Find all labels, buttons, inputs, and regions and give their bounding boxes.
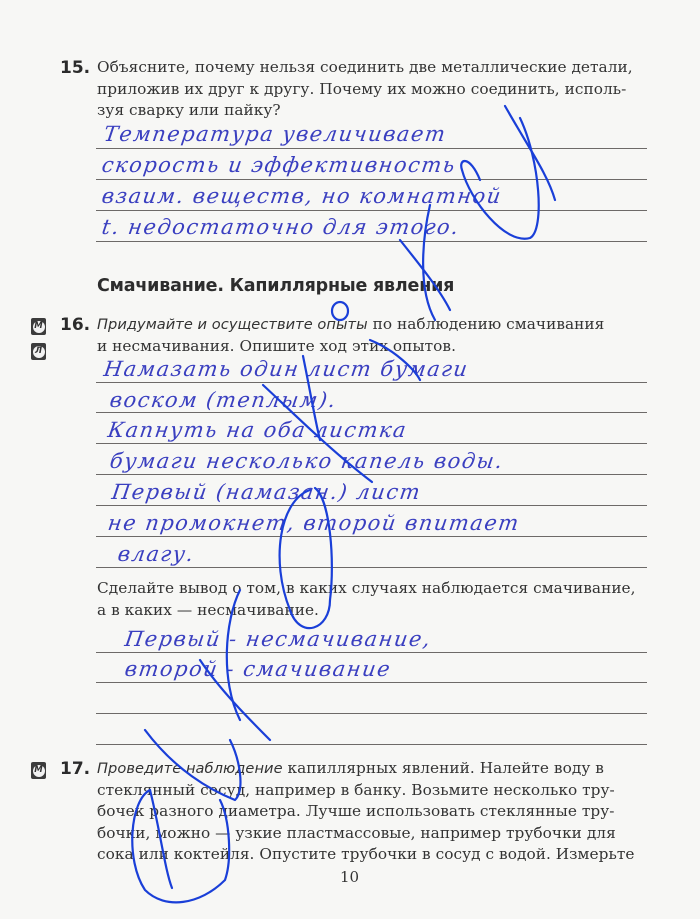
badge-m-icon: М	[31, 318, 46, 335]
answer-rule	[96, 382, 647, 383]
task-16-prompt: Придумайте и осуществите опыты по наблюд…	[97, 314, 604, 357]
badge-l-icon: Л	[31, 343, 46, 360]
task-16-answer-line: воском (теплым).	[108, 388, 338, 412]
task-15-prompt: Объясните, почему нельзя соединить две м…	[97, 57, 633, 122]
task-16-answer-line: Намазать один лист бумаги	[102, 357, 470, 381]
badge-m-icon: М	[31, 762, 46, 779]
section-heading: Смачивание. Капиллярные явления	[97, 276, 454, 296]
task-16-answer-line: Капнуть на оба листка	[106, 418, 409, 442]
task-15-answer-line: Температура увеличивает	[102, 122, 448, 146]
task-15-answer-line: t. недостаточно для этого.	[100, 215, 461, 239]
task-17-italic: Проведите наблюдение	[97, 760, 283, 777]
task-15-prompt-line: Объясните, почему нельзя соединить две м…	[97, 57, 633, 79]
answer-rule	[96, 744, 647, 745]
task-15-prompt-line: зуя сварку или пайку?	[97, 100, 633, 122]
task-15-prompt-line: приложив их друг к другу. Почему их можн…	[97, 79, 633, 101]
answer-rule	[96, 713, 647, 714]
answer-rule	[96, 148, 647, 149]
answer-rule	[96, 241, 647, 242]
task-16-answer-line: бумаги несколько капель воды.	[108, 449, 505, 473]
answer-rule	[96, 567, 647, 568]
answer-rule	[96, 536, 647, 537]
answer-rule	[96, 505, 647, 506]
task-16-conclusion-answer: второй - смачивание	[123, 657, 393, 681]
answer-rule	[96, 652, 647, 653]
task-16-answer-line: влагу.	[116, 542, 196, 566]
answer-rule	[96, 210, 647, 211]
task-16-conclusion-prompt: Сделайте вывод о том, в каких случаях на…	[97, 578, 636, 621]
task-15-answer-line: взаим. веществ, но комнатной	[100, 184, 503, 208]
task-17-number: 17.	[60, 759, 90, 779]
task-17-prompt: Проведите наблюдение капиллярных явлений…	[97, 758, 634, 866]
task-16-italic: Придумайте и осуществите опыты	[97, 316, 368, 333]
answer-rule	[96, 412, 647, 413]
task-15-answer-line: скорость и эффективность	[100, 153, 457, 177]
task-15-number: 15.	[60, 58, 90, 78]
task-16-conclusion-answer: Первый - несмачивание,	[123, 627, 433, 651]
answer-rule	[96, 179, 647, 180]
task-16-number: 16.	[60, 315, 90, 335]
page-number: 10	[340, 868, 359, 886]
task-16-answer-line: не промокнет, второй впитает	[106, 511, 521, 535]
answer-rule	[96, 474, 647, 475]
workbook-page: 15. Объясните, почему нельзя соединить д…	[0, 0, 700, 919]
task-16-answer-line: Первый (намазан.) лист	[110, 480, 422, 504]
answer-rule	[96, 443, 647, 444]
answer-rule	[96, 682, 647, 683]
